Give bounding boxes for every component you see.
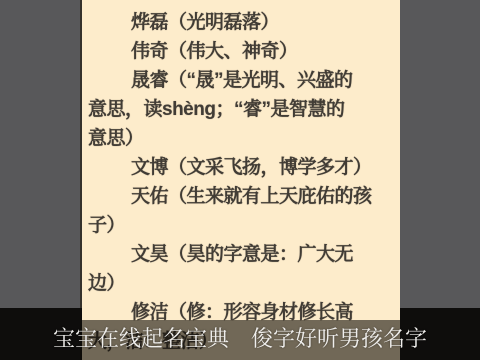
name-list-line: 烨磊（光明磊落） <box>88 8 394 37</box>
name-list-line: 边） <box>88 269 394 298</box>
name-list-line: 晟睿（“晟”是光明、兴盛的 <box>88 66 394 95</box>
name-list-line: 文昊（昊的字意是：广大无 <box>88 240 394 269</box>
video-frame: 烨磊（光明磊落）伟奇（伟大、神奇）晟睿（“晟”是光明、兴盛的意思，读shèng；… <box>0 0 480 360</box>
name-list-line: 天佑（生来就有上天庇佑的孩 <box>88 182 394 211</box>
name-list-line: 意思，读shèng；“睿”是智慧的 <box>88 95 394 124</box>
name-list-line: 文博（文采飞扬，博学多才） <box>88 153 394 182</box>
name-list-line: 子） <box>88 211 394 240</box>
caption-bar: 宝宝在线起名宝典 俊字好听男孩名字 <box>0 322 480 352</box>
caption-subtitle: 俊字好听男孩名字 <box>251 322 427 353</box>
content-panel: 烨磊（光明磊落）伟奇（伟大、神奇）晟睿（“晟”是光明、兴盛的意思，读shèng；… <box>80 0 400 360</box>
name-list: 烨磊（光明磊落）伟奇（伟大、神奇）晟睿（“晟”是光明、兴盛的意思，读shèng；… <box>88 8 394 356</box>
name-list-line: 意思） <box>88 124 394 153</box>
name-list-line: 伟奇（伟大、神奇） <box>88 37 394 66</box>
caption-title: 宝宝在线起名宝典 <box>53 322 229 353</box>
